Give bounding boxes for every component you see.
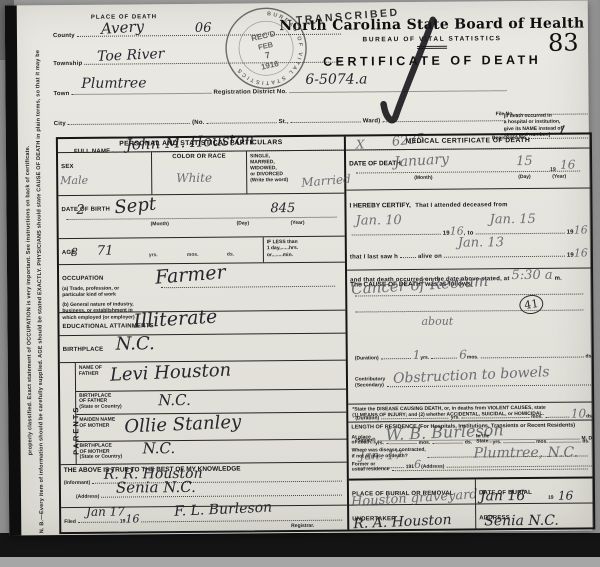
dob-month-value: Sept: [114, 195, 157, 217]
parents-rows: NAME OF FATHER Levi Houston BIRTHPLACE O…: [76, 360, 347, 463]
day-sublabel: (Day): [237, 220, 250, 226]
age-yrs-label: yrs.: [149, 252, 158, 258]
dotted-line: [386, 442, 417, 444]
day-sublabel: (Day): [518, 174, 531, 180]
burial-year-value: 16: [558, 489, 573, 501]
dod-month-value: January: [394, 152, 450, 169]
mos-label: mos.: [536, 439, 548, 445]
paper-left-black-bar: [5, 5, 22, 535]
duration2-line: (Duration) yrs. mos. 10 ds.: [355, 407, 593, 421]
if-less-cell: IF LESS than 1 day,......hrs. or........…: [263, 237, 345, 262]
undertaker-address-cell: ADDRESS Senia N.C.: [475, 503, 593, 528]
certify-block: I HEREBY CERTIFY, That I attended deceas…: [346, 188, 591, 270]
year-prefix: 19: [567, 253, 574, 259]
certificate-number: 83: [548, 29, 579, 57]
state-country-label: (State or Country): [80, 453, 344, 461]
birthplace-value: N.C.: [116, 335, 155, 353]
attended-from-value: Jan. 10: [356, 214, 402, 227]
dotted-line: [431, 357, 457, 359]
occupation-value: Farmer: [154, 263, 226, 287]
dotted-line: [400, 256, 416, 258]
cause-code-circled: 41: [518, 293, 545, 315]
dob-label: DATE OF BIRTH: [61, 207, 110, 213]
yrs-label: yrs.: [451, 414, 460, 420]
year-prefix: 19: [550, 167, 556, 173]
month-sublabel: (Month): [414, 175, 432, 181]
burial-date-value: Jan 16: [480, 489, 525, 503]
margin-note-line2: properly classified. Exact statement of …: [25, 145, 34, 455]
duration-line: (Duration) 1 yrs. 6 mos. ds.: [355, 347, 593, 361]
certificate-paper: N. B.—Every item of information should b…: [5, 0, 593, 535]
undertaker-cell: UNDERTAKER R. A. Houston: [349, 504, 475, 529]
svg-text:1916: 1916: [260, 59, 280, 72]
yrs-label: yrs.: [375, 440, 384, 446]
former-residence-line: Former orusual residence: [352, 460, 590, 474]
burial-date-cell: DATE OF BURIAL Jan 16 19 16: [475, 478, 593, 504]
dotted-line: [462, 415, 530, 418]
marital-cell: SINGLE, MARRIED, WIDOWED, or DIVORCED (W…: [246, 150, 344, 193]
year-sublabel: (Year): [291, 220, 305, 226]
education-value: Illiterate: [133, 307, 218, 331]
medical-column: MEDICAL CERTIFICATE OF DEATH DATE OF DEA…: [346, 134, 593, 529]
dotted-line: [381, 357, 411, 359]
date-of-birth-row: DATE OF BIRTH 2 Sept 845 (Month) (Day) (…: [58, 194, 344, 240]
age-cell: AGE 8 71 yrs. mos. ds.: [59, 237, 263, 263]
education-row: EDUCATIONAL ATTAINMENTS Illiterate: [59, 310, 345, 336]
last-saw-value: Jan. 13: [458, 236, 504, 249]
township-value: Toe River: [97, 47, 165, 64]
year-prefix: 19: [443, 231, 450, 237]
duration-about: about: [421, 316, 453, 327]
informant-address-value: Senia N.C.: [116, 480, 196, 496]
cause-block: The CAUSE OF DEATH* was as follows: Canc…: [347, 268, 592, 404]
age-row: AGE 8 71 yrs. mos. ds. IF LESS than 1 da…: [59, 237, 345, 265]
informant-address-row: (Address) Senia N.C.: [64, 491, 344, 499]
last-saw-label: that I last saw h: [350, 254, 398, 260]
dotted-line: [356, 170, 580, 174]
dotted-line: [352, 233, 441, 236]
certify-bold: I HEREBY CERTIFY,: [349, 202, 410, 210]
scan-bottom-band: [0, 533, 600, 557]
dotted-line: [503, 441, 534, 443]
year-sublabel: (Year): [552, 174, 566, 180]
margin-note-line1: N. B.—Every item of information should b…: [35, 50, 45, 533]
attended-to-value: Jan. 15: [490, 213, 536, 226]
dotted-line: [68, 122, 190, 125]
occupation-a-line: particular kind of work: [62, 290, 342, 299]
contributory-line: Contributory(Secondary) Obstruction to b…: [355, 375, 593, 389]
dob-year-value: 845: [270, 202, 295, 215]
father-name-row: NAME OF FATHER Levi Houston: [76, 360, 346, 391]
residence-title: LENGTH OF RESIDENCE (For Hospitals, Inst…: [351, 422, 589, 430]
certify-text: That I attended deceased from: [415, 202, 508, 209]
color-race-label: COLOR OR RACE: [155, 153, 243, 160]
scan-bottom-margin: [0, 557, 600, 567]
alive-on-label: alive on: [418, 254, 442, 260]
parents-group: PARENTS NAME OF FATHER Levi Houston: [60, 360, 347, 464]
county-code-value: 06: [195, 22, 212, 35]
year-prefix: 19: [567, 230, 574, 236]
registrar-value: F. L. Burleson: [174, 501, 273, 519]
dotted-line: [141, 519, 342, 523]
ds-label: ds.: [586, 353, 593, 359]
received-stamp: BUREAU OF VITAL STATISTICS REC'D FEB 7 1…: [215, 0, 318, 100]
informant-row: (Informant) R. R. Houston: [64, 477, 344, 485]
certificate-content: PLACE OF DEATH County Avery 06 Township …: [51, 0, 593, 535]
mos-label: mos.: [467, 354, 479, 360]
former-label2: usual residence: [352, 466, 390, 472]
duration-label: (Duration): [355, 415, 379, 421]
contracted-label2: if not at place of death?: [352, 453, 408, 459]
birthplace-row: BIRTHPLACE N.C.: [60, 334, 346, 363]
duration-years-value: 1: [413, 349, 421, 361]
father-birthplace-value: N.C.: [158, 392, 191, 407]
age-mos-label: mos.: [187, 252, 199, 258]
filed-year-value: 16: [125, 513, 139, 524]
dotted-line: [78, 521, 118, 523]
residence-block: LENGTH OF RESIDENCE (For Hospitals, Inst…: [348, 420, 592, 478]
pen-checkmark: [369, 14, 454, 135]
dotted-line: [545, 415, 569, 417]
address-label: (Address): [76, 494, 99, 500]
county-label: County: [53, 33, 75, 39]
ds-label: ds.: [582, 438, 589, 444]
informant-label: (Informant): [64, 480, 90, 486]
dotted-line: [444, 255, 565, 258]
dod-year-value: 16: [560, 159, 575, 171]
filed-label: Filed: [64, 519, 76, 525]
dotted-line: [291, 120, 361, 123]
burial-section: PLACE OF BURIAL OR REMOVAL Houston grave…: [349, 476, 593, 530]
street-label: St.,: [279, 119, 289, 125]
father-name-value: Levi Houston: [110, 361, 232, 384]
dotted-line: [476, 232, 565, 235]
dotted-line: [355, 309, 583, 313]
yrs-label: yrs.: [493, 439, 502, 445]
color-race-cell: COLOR OR RACE White: [151, 151, 246, 194]
undertaker-address-value: Senia N.C.: [484, 513, 559, 528]
town-label: Town: [53, 91, 69, 97]
occupation-row: OCCUPATION (a) Trade, profession, or par…: [59, 262, 345, 312]
duration2-days-value: 10: [571, 407, 586, 419]
sex-cell: SEX Male: [58, 152, 151, 195]
dotted-line: [207, 121, 277, 124]
color-race-value: White: [176, 172, 212, 184]
duration-label: (Duration): [355, 355, 379, 361]
county-value: Avery: [100, 19, 144, 37]
duration-months-value: 6: [459, 349, 467, 361]
father-birthplace-row: BIRTHPLACE OF FATHER (State or Country) …: [76, 389, 346, 415]
dob-day-value: 2: [76, 204, 84, 217]
age-ds-label: ds.: [227, 252, 234, 258]
age-value: 71: [97, 245, 114, 258]
secondary-label: (Secondary): [355, 382, 384, 388]
at-place-label2: of death...: [352, 440, 376, 446]
filed-date-value: Jan 17: [86, 506, 125, 518]
mother-birthplace-value: N.C.: [143, 441, 176, 456]
town-value: Plumtree: [81, 76, 146, 91]
residence-duration-line: At placeof death... yrs. mos. ds. In the…: [351, 433, 589, 447]
filed-row: Filed 19 16 Jan 17 F. L. Burleson Regist…: [61, 506, 347, 532]
birthplace-label: BIRTHPLACE: [63, 347, 104, 353]
mother-name-row: MAIDEN NAME OF MOTHER Ollie Stanley: [76, 413, 346, 442]
age-stray-mark: 8: [71, 247, 78, 258]
state-country-label: (State or Country): [79, 403, 343, 411]
sex-color-marital-row: SEX Male COLOR OR RACE White SINGLE, MAR…: [58, 150, 344, 196]
city-label: City: [54, 121, 66, 127]
dotted-line: [392, 467, 588, 471]
month-sublabel: (Month): [151, 221, 169, 227]
scanned-death-certificate: N. B.—Every item of information should b…: [0, 0, 600, 567]
ds-label: ds.: [465, 439, 472, 445]
yrs-label: yrs.: [420, 355, 429, 361]
last-saw-year: 16: [574, 247, 588, 258]
dotted-line: [550, 441, 581, 443]
marital-value: Married: [301, 173, 351, 189]
attended-to-year: 16: [574, 224, 588, 235]
dotted-line: [481, 356, 584, 359]
dotted-line: [432, 442, 463, 444]
occupation-label: OCCUPATION: [62, 275, 104, 281]
house-number-label: (No.: [192, 120, 205, 126]
ds-label: ds.: [586, 413, 593, 419]
mos-label: mos.: [419, 440, 431, 446]
dotted-line: [71, 92, 211, 95]
personal-column: PERSONAL AND STATISTICAL PARTICULARS SEX…: [58, 137, 349, 532]
attest-block: THE ABOVE IS TRUE TO THE BEST OF MY KNOW…: [61, 462, 347, 508]
mother-name-value: Ollie Stanley: [124, 414, 242, 437]
dotted-line: [428, 454, 588, 457]
burial-place-cell: PLACE OF BURIAL OR REMOVAL Houston grave…: [349, 479, 475, 505]
contracted-line: Where was disease contracted,if not at p…: [352, 446, 590, 460]
if-less-line: or........min.: [267, 251, 342, 258]
date-of-death-row: DATE OF DEATH January 15 (Month) (Day) 1…: [346, 148, 590, 190]
sex-value: Male: [60, 175, 88, 186]
township-label: Township: [53, 61, 82, 67]
in-state-label2: State...: [476, 439, 492, 445]
undertaker-value: R. A. Houston: [353, 513, 452, 531]
certificate-table: PERSONAL AND STATISTICAL PARTICULARS SEX…: [56, 132, 595, 534]
svg-text:7: 7: [264, 50, 271, 61]
dotted-line: [381, 416, 449, 419]
dod-day-value: 15: [516, 155, 533, 168]
year-prefix: 19: [548, 494, 554, 500]
mos-label: mos.: [531, 413, 543, 419]
last-saw-line: that I last saw h alive on 19 16 Jan. 13: [350, 247, 588, 260]
mother-birthplace-row: BIRTHPLACE OF MOTHER (State or Country) …: [77, 440, 347, 464]
parents-vertical-label: PARENTS: [60, 363, 77, 464]
sex-label: SEX: [61, 164, 74, 170]
